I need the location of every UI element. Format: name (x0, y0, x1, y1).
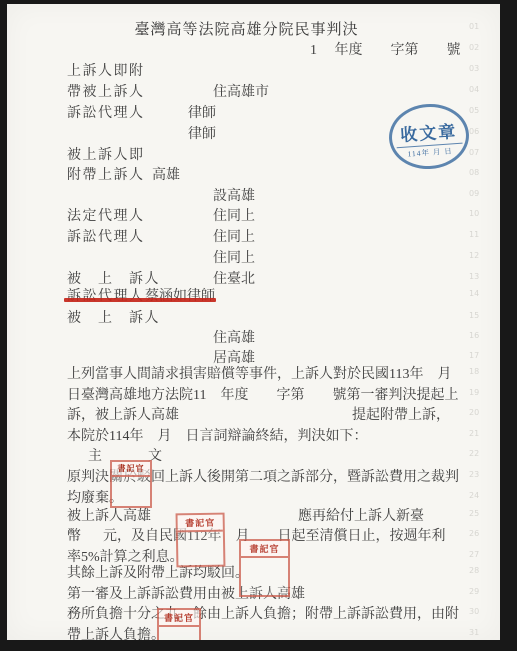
line-number: 24 (469, 491, 489, 500)
doc-line-21: 本院於114年 月 日言詞辯論終結，判決如下： (7, 425, 500, 443)
line-number: 07 (469, 148, 489, 157)
doc-line-16: 住高雄 (7, 327, 500, 345)
doc-text-segment: 住高雄市 (213, 81, 269, 101)
doc-line-23: 原判決關於駁回上訴人後開第二項之訴部分，暨訴訟費用之裁判 (7, 466, 500, 484)
doc-line-10: 法定代理人住同上 (7, 205, 500, 223)
doc-text-segment: 住同上 (213, 226, 255, 246)
receive-stamp-label: 收文章 (399, 117, 458, 146)
line-number: 10 (469, 209, 489, 218)
line-number: 26 (469, 529, 489, 538)
doc-text-segment: 律師 (188, 123, 216, 143)
doc-text-segment: 被 上 訴人 (67, 307, 160, 327)
line-number: 14 (469, 289, 489, 298)
clerk-stamp-label: 書記官 (241, 541, 288, 558)
line-number: 28 (469, 566, 489, 575)
line-number: 15 (469, 311, 489, 320)
doc-text-segment: 住同上 (213, 247, 255, 267)
doc-line-22: 主 文 (7, 445, 500, 463)
clerk-stamp-label: 書記官 (159, 610, 199, 627)
doc-text-segment: 被上訴人即 (67, 144, 145, 164)
doc-text-segment: 訴訟代理人 (67, 102, 145, 122)
line-number: 16 (469, 331, 489, 340)
doc-line-31: 帶上訴人負擔。 (7, 624, 500, 640)
doc-text-segment: 高雄 (152, 164, 180, 184)
clerk-stamp-label: 書記官 (112, 462, 150, 477)
doc-line-01: 臺灣高等法院高雄分院民事判決 (7, 18, 500, 36)
doc-text-segment: 律師 (188, 102, 216, 122)
line-number: 29 (469, 587, 489, 596)
line-number: 30 (469, 607, 489, 616)
line-number: 12 (469, 251, 489, 260)
doc-text-segment: 帶上訴人負擔。 (67, 624, 165, 640)
line-number: 22 (469, 449, 489, 458)
doc-text-segment: 設高雄 (213, 185, 255, 205)
doc-line-20: 訴，被上訴人高雄提起附帶上訴， (7, 404, 500, 422)
line-number: 05 (469, 106, 489, 115)
doc-text-segment: 應再給付上訴人新臺 (298, 505, 424, 525)
clerk-stamp-1: 書記官 (110, 460, 152, 508)
doc-text-segment: 訴訟代理人 (67, 285, 145, 305)
doc-text-segment: 訴，被上訴人高雄 (67, 404, 179, 424)
doc-text-segment: 上列當事人間請求損害賠償等事件，上訴人對於民國113年 月 (67, 363, 451, 383)
line-number: 27 (469, 550, 489, 559)
doc-text-segment: 務所負擔十分之九，餘由上訴人負擔；附帶上訴訴訟費用，由附 (67, 603, 459, 623)
doc-line-24: 均廢棄。 (7, 487, 500, 505)
doc-line-19: 日臺灣高雄地方法院11 年度 字第 號第一審判決提起上 (7, 384, 500, 402)
screenshot-root: { "page": { "background": "#f7f6f2", "fr… (0, 0, 517, 651)
clerk-stamp-4: 書記官 (157, 608, 201, 640)
line-number: 02 (469, 43, 489, 52)
doc-text-segment: 訴訟代理人 (67, 226, 145, 246)
line-number: 08 (469, 168, 489, 177)
doc-text-segment: 法定代理人 (67, 205, 145, 225)
line-number: 11 (469, 230, 489, 239)
line-number: 09 (469, 189, 489, 198)
doc-text-segment: 日臺灣高雄地方法院11 年度 字第 號第一審判決提起上 (67, 384, 458, 404)
doc-line-11: 訴訟代理人住同上 (7, 226, 500, 244)
line-number: 25 (469, 509, 489, 518)
line-number: 13 (469, 272, 489, 281)
line-number: 20 (469, 408, 489, 417)
doc-text-segment: 住高雄 (213, 327, 255, 347)
doc-line-13: 被 上 訴人住臺北 (7, 268, 500, 286)
clerk-stamp-2: 書記官 (176, 513, 226, 568)
doc-text-segment: 住同上 (213, 205, 255, 225)
doc-text-segment: 提起附帶上訴， (352, 404, 450, 424)
line-number: 03 (469, 64, 489, 73)
doc-text-segment: 附帶上訴人 (67, 164, 145, 184)
doc-text-segment: 蔡涵如律師 (145, 285, 215, 305)
doc-text-segment: 本院於114年 月 日言詞辯論終結，判決如下： (67, 425, 367, 445)
doc-line-12: 住同上 (7, 247, 500, 265)
line-number: 06 (469, 127, 489, 136)
doc-text-segment: 1 年度 字第 號 (310, 39, 461, 59)
line-number: 17 (469, 351, 489, 360)
line-number: 01 (469, 22, 489, 31)
line-number: 23 (469, 470, 489, 479)
line-number: 04 (469, 85, 489, 94)
clerk-stamp-3: 書記官 (239, 539, 290, 597)
doc-text-segment: 臺灣高等法院高雄分院民事判決 (7, 18, 486, 39)
line-number: 31 (469, 628, 489, 637)
line-number: 19 (469, 388, 489, 397)
doc-text-segment: 帶被上訴人 (67, 81, 145, 101)
doc-line-15: 被 上 訴人 (7, 307, 500, 325)
doc-line-02: 1 年度 字第 號 (7, 39, 500, 57)
doc-line-18: 上列當事人間請求損害賠償等事件，上訴人對於民國113年 月 (7, 363, 500, 381)
doc-line-04: 帶被上訴人住高雄市 (7, 81, 500, 99)
clerk-stamp-label: 書記官 (178, 515, 223, 533)
doc-line-30: 務所負擔十分之九，餘由上訴人負擔；附帶上訴訴訟費用，由附 (7, 603, 500, 621)
line-number: 21 (469, 429, 489, 438)
attorney-name-red-underline (64, 298, 216, 302)
doc-text-segment: 幣 (67, 525, 81, 545)
line-number: 18 (469, 367, 489, 376)
doc-line-25: 被上訴人高雄應再給付上訴人新臺 (7, 505, 500, 523)
doc-line-09: 設高雄 (7, 185, 500, 203)
document-page: 臺灣高等法院高雄分院民事判決1 年度 字第 號上訴人即附帶被上訴人住高雄市訴訟代… (7, 4, 500, 640)
doc-text-segment: 被上訴人高雄 (67, 505, 151, 525)
doc-line-03: 上訴人即附 (7, 60, 500, 78)
doc-text-segment: 上訴人即附 (67, 60, 145, 80)
